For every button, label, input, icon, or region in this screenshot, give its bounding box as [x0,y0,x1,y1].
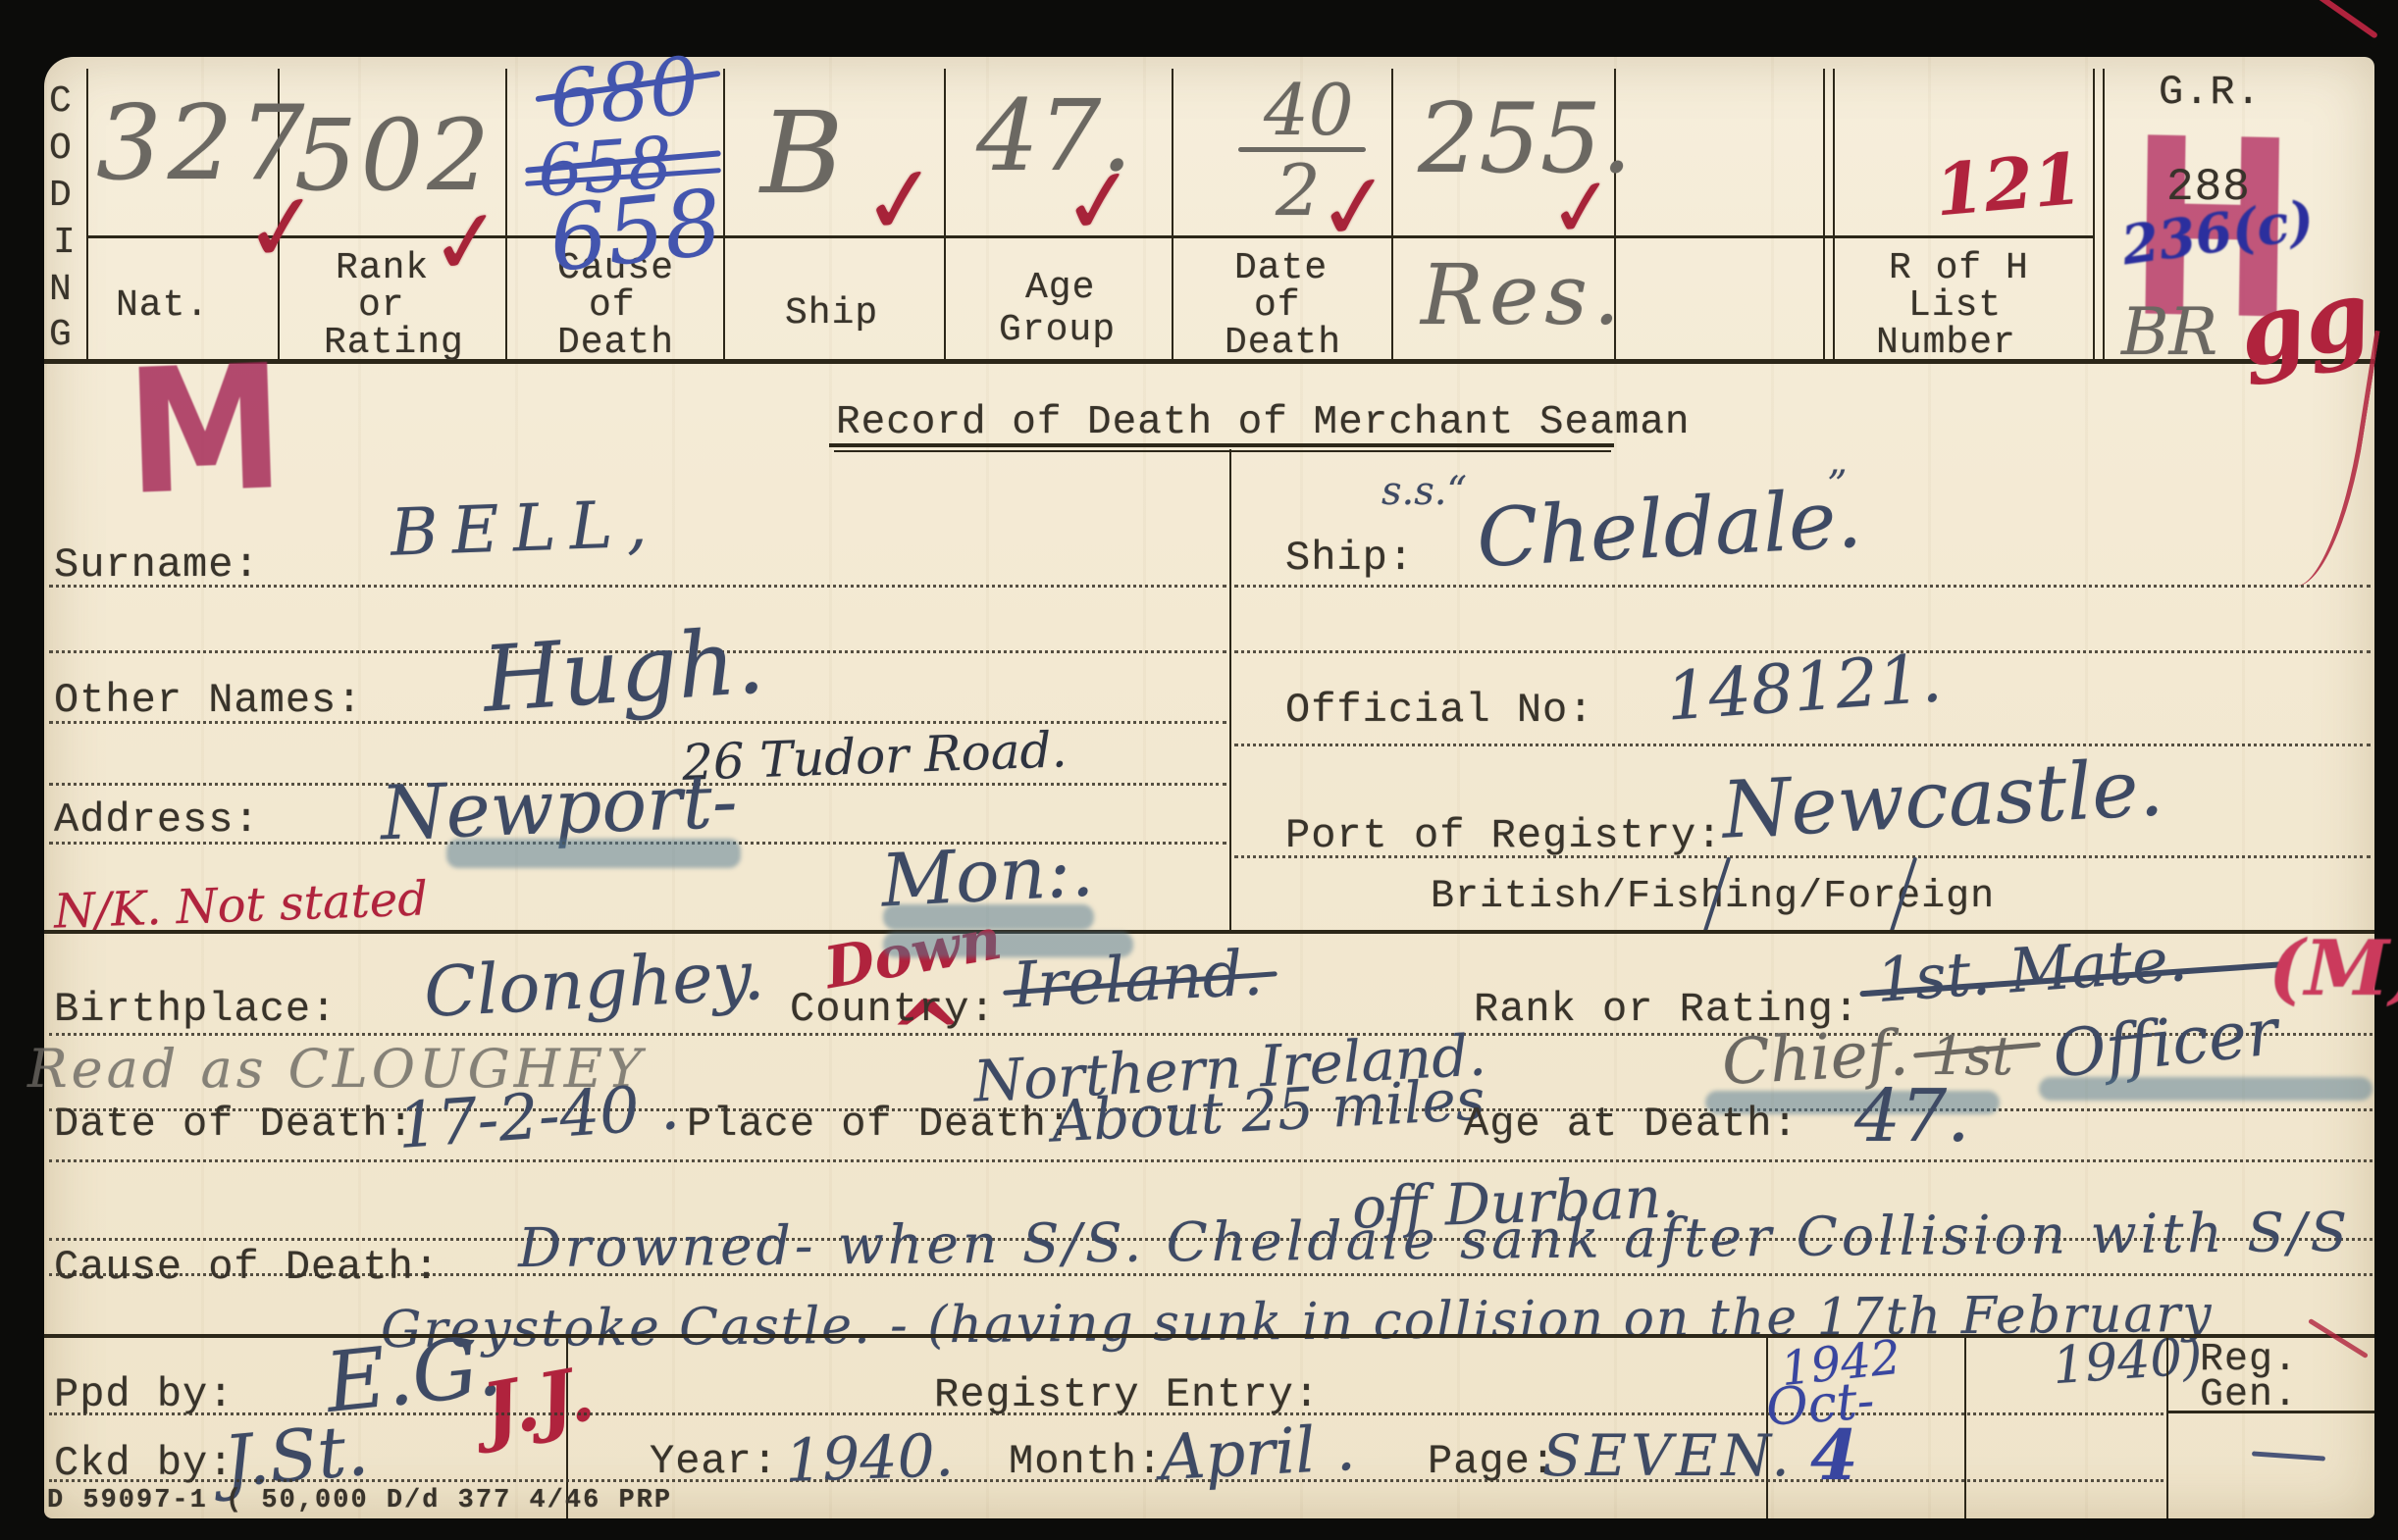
age-at-death-value: 47. [1854,1074,1970,1158]
col-label-age: Age [1025,267,1095,309]
dotted-rule [1234,855,2371,858]
col-label-rofh: List [1908,284,2002,327]
grid-line [1823,69,1825,361]
check-mark: ✓ [1057,145,1143,257]
entry-col-bottom: Oct- [1764,1371,1876,1438]
age-at-death-label: Age at Death: [1464,1101,1798,1148]
grid-line [2103,69,2105,361]
ship-code-value: B [760,88,844,220]
rank-red-mark: (M) [2268,924,2398,1013]
col-label-dod: Date [1234,247,1328,289]
col-label-rofh: Number [1876,322,2016,364]
title-underline [834,450,1611,452]
col-label-cause: Death [557,322,674,364]
coding-letter: C [49,80,73,123]
dotted-rule [1234,585,2371,588]
date-of-death-label: Date of Death: [54,1101,414,1148]
surname-label: Surname: [54,541,260,589]
year-label: Year: [650,1438,778,1485]
surname-value: BELL, [390,486,662,571]
port-label: Port of Registry: [1285,812,1722,859]
ship-prefix: s.s.“ [1381,469,1467,514]
coding-letter: O [49,128,73,170]
ship-label: Ship: [1285,535,1414,582]
col-label-dod: of [1254,284,1301,327]
coding-letter: N [49,269,73,311]
cause-code-value: 658 [545,170,727,292]
dotted-rule [1234,744,2371,746]
dotted-rule [49,585,1226,588]
country-label: Country: [790,986,996,1033]
other-names-label: Other Names: [54,677,362,724]
month-label: Month: [1009,1438,1163,1485]
grid-line [1172,69,1173,361]
address-label: Address: [54,796,260,844]
grid-line [944,69,946,361]
check-mark: ✓ [237,171,327,286]
col-label-cause: of [589,284,636,327]
col-label-ship: Ship [785,292,878,334]
rofh-list-number: 121 [1932,136,2086,232]
col-label-age: Group [999,309,1116,351]
reg-gen-line [2166,1411,2374,1413]
col-label-rank: or [358,284,405,327]
col-label-rank: Rank [336,247,429,289]
footer-divider [1964,1338,1966,1518]
m-stamp: M [124,342,287,520]
cause-of-death-label: Cause of Death: [54,1244,440,1291]
year-value: 1940. [784,1421,955,1496]
grid-line [505,69,507,361]
grid-line [86,69,88,361]
page-value: SEVEN. [1542,1422,1794,1489]
other-names-value: Hugh. [480,608,768,733]
grid-line [2093,69,2095,361]
check-mark: ✓ [1543,159,1620,259]
column-divider [1229,449,1231,930]
grid-line [723,69,725,361]
scanned-document: C O D I N G Nat. Rank or Rating Cause of… [0,0,2398,1540]
col-label-rank: Rating [324,322,464,364]
page-label: Page: [1428,1438,1556,1485]
coding-letter: D [49,175,73,217]
title-underline [829,443,1614,447]
ppd-by-label: Ppd by: [54,1371,234,1418]
print-code: D 59097-1 ( 50,000 D/d 377 4/46 PRP [47,1486,672,1515]
birthplace-label: Birthplace: [54,986,337,1033]
crayon-smudge [446,839,741,868]
page-title: Record of Death of Merchant Seaman [836,400,1691,445]
footer-divider [2166,1338,2168,1518]
official-no-label: Official No: [1285,687,1593,734]
check-mark: ✓ [1312,151,1398,263]
grid-line [1833,69,1835,361]
dotted-rule [49,1273,2372,1276]
col-label-nat: Nat. [116,284,209,327]
dotted-rule [49,1159,2372,1162]
dod-code-numerator: 40 [1264,69,1354,151]
ship-suffix: ” [1827,463,1847,508]
col-label-rofh: R of H [1889,247,2029,289]
red-corner-mark [2307,0,2378,39]
br-pencil-note: BR [2121,294,2217,370]
crayon-smudge [2039,1077,2372,1101]
col-label-dod: Death [1225,322,1341,364]
check-mark: ✓ [856,143,945,259]
check-mark: ✓ [425,187,509,297]
col7-note: Res. [1421,247,1626,344]
coding-letter: I [53,222,77,264]
place-of-death-label: Place of Death: [687,1101,1072,1148]
registry-entry-label: Registry Entry: [934,1371,1320,1418]
coding-letter: G [49,314,73,356]
country-struck-value: Ireland. [1011,937,1264,1022]
month-value: April . [1158,1412,1357,1495]
